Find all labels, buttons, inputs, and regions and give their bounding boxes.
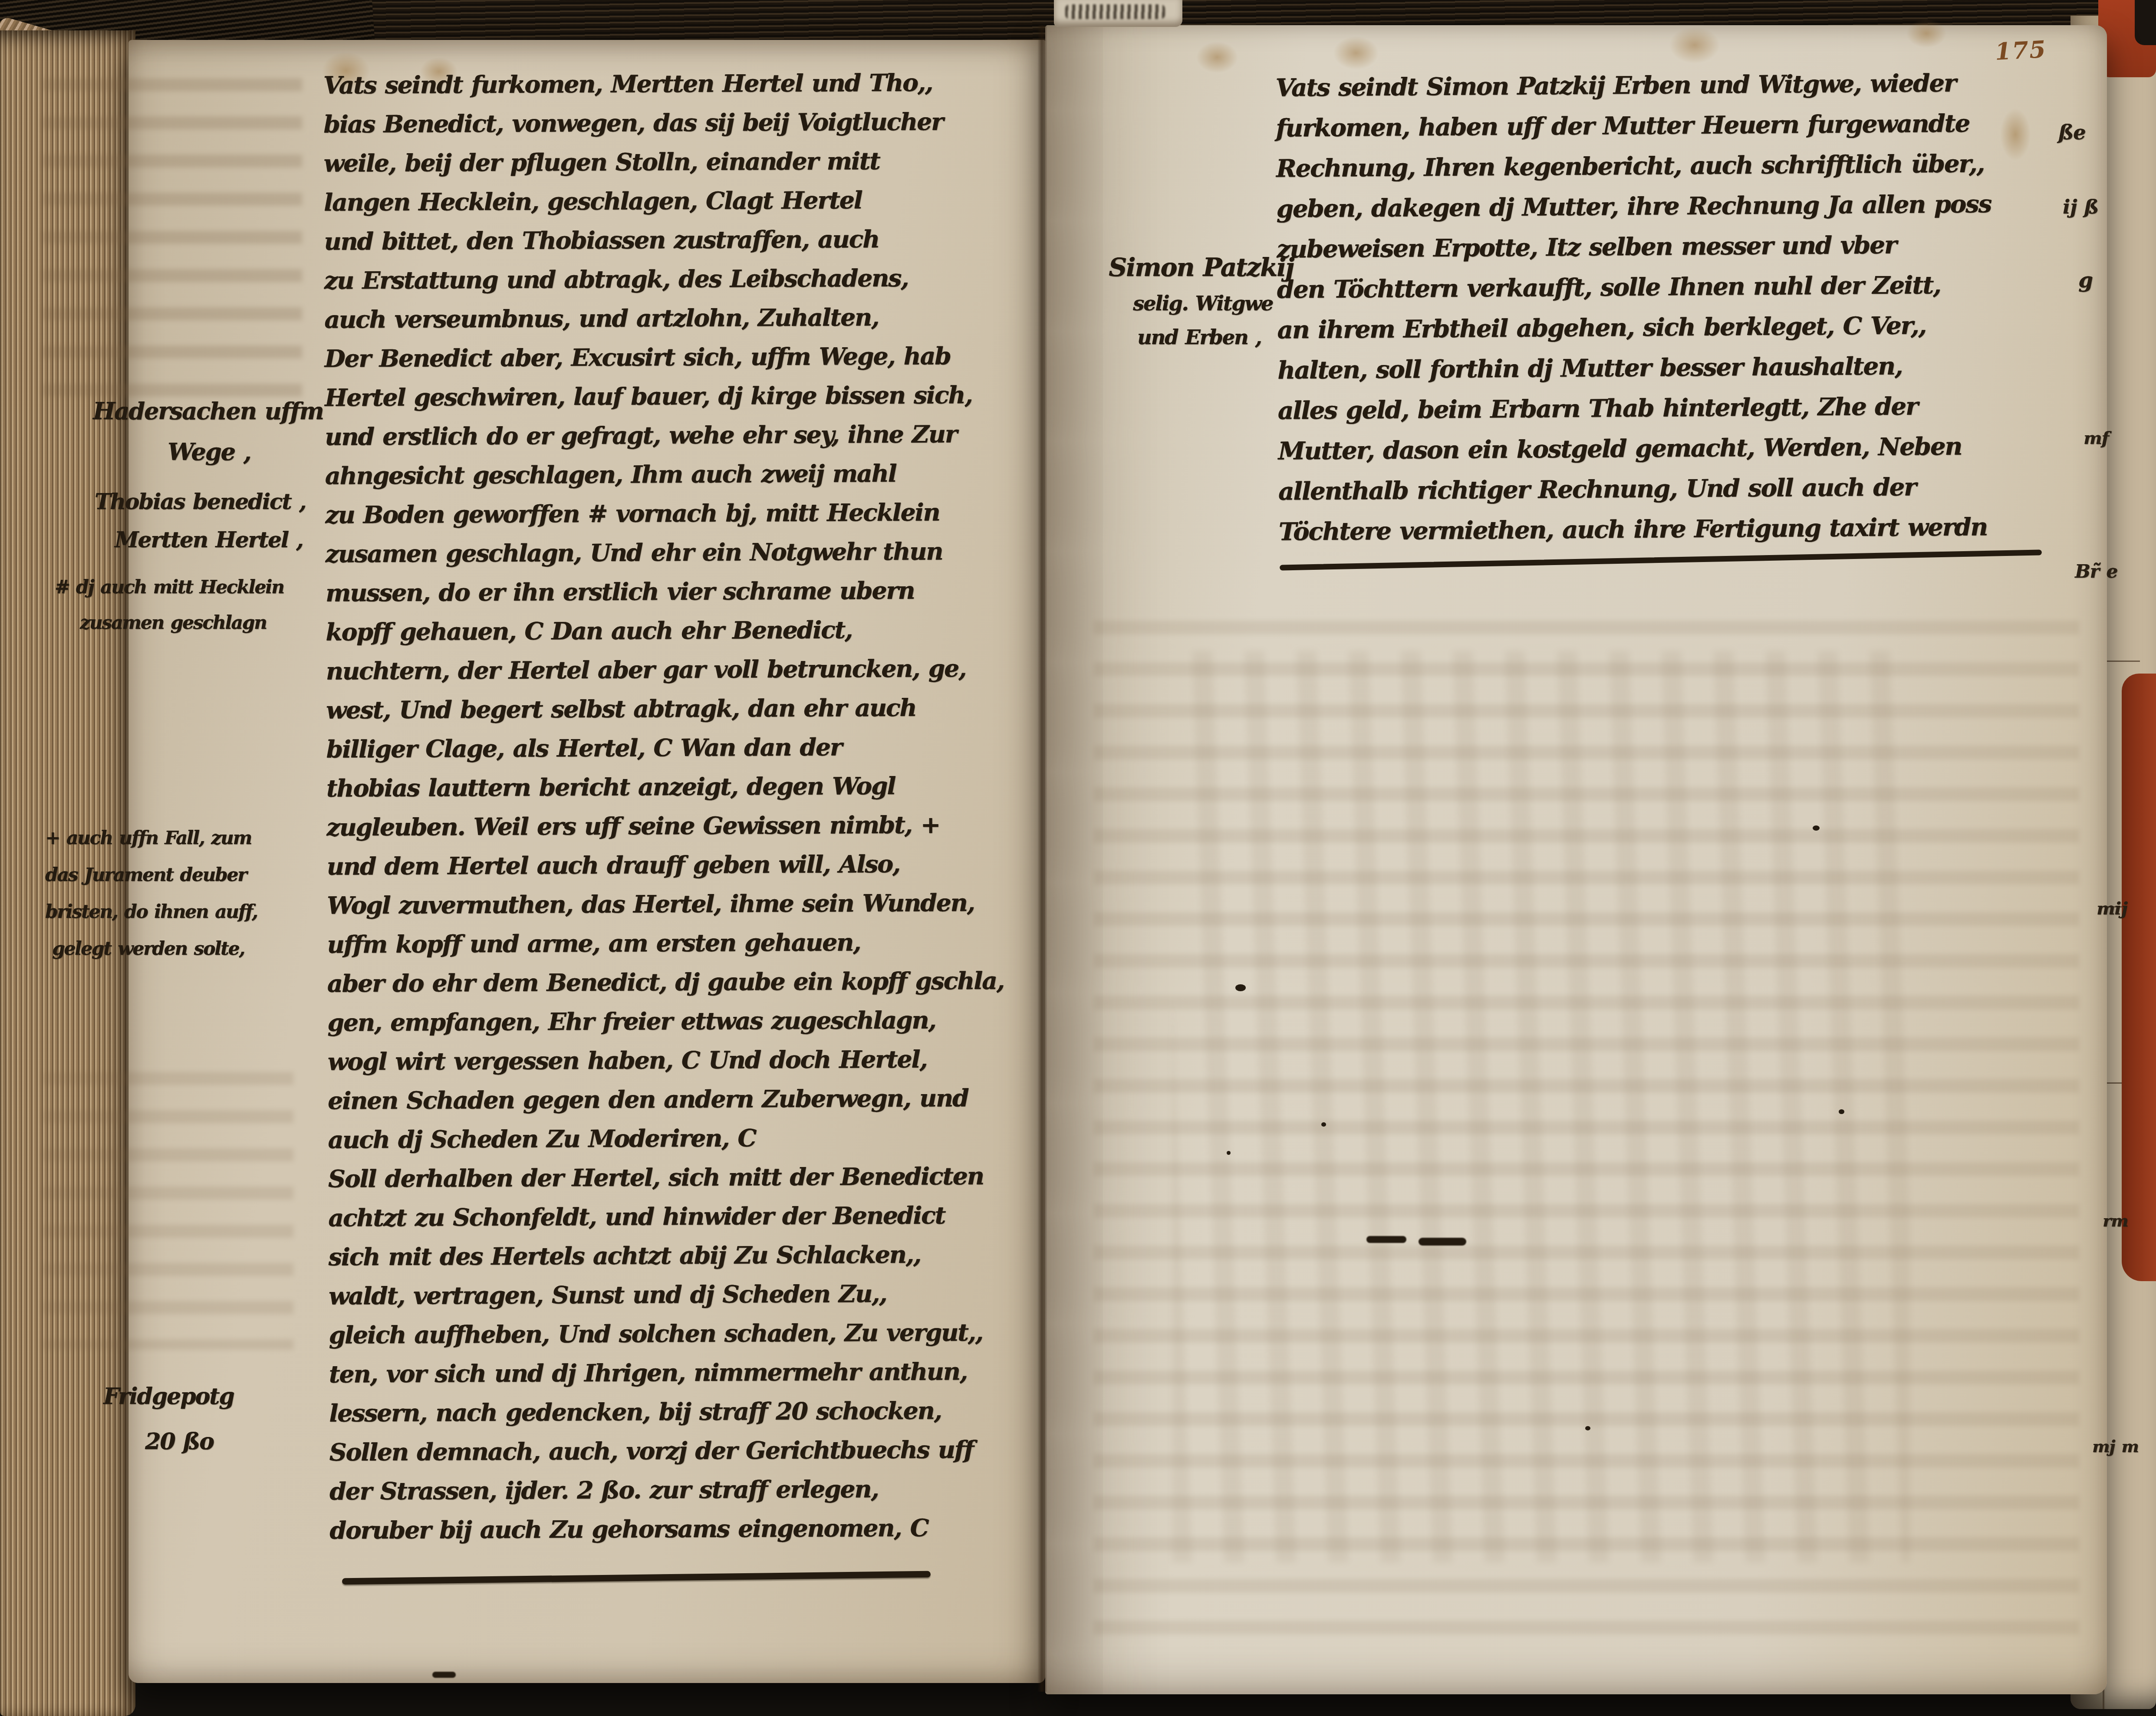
manuscript-line: sich mit des Hertels achtzt abij Zu Schl… [328,1234,1034,1276]
manuscript-line: auch verseumbnus, und artzlohn, Zuhalten… [324,297,1030,339]
edge-writing-fragment: Br̃ e [2075,561,2117,582]
manuscript-line: und bittet, den Thobiassen zustraffen, a… [324,219,1029,261]
manuscript-line: bias Benedict, vonwegen, das sij beij Vo… [323,102,1029,144]
manuscript-line: gleich auffheben, Und solchen schaden, Z… [329,1312,1034,1354]
manuscript-line: zugleuben. Weil ers uff seine Gewissen n… [326,805,1032,847]
manuscript-line: und erstlich do er gefragt, wehe ehr sey… [325,414,1030,456]
margin-note-line: das Jurament deuber [45,856,257,893]
manuscript-line: an ihrem Erbtheil abgehen, sich berklege… [1277,304,2098,350]
margin-note-line: Wege , [168,431,323,472]
manuscript-line: furkomen, haben uff der Mutter Heuern fu… [1276,102,2097,148]
manuscript-line: Wogl zuvermuthen, das Hertel, ihme sein … [327,883,1032,925]
edge-writing-fragment: g [2078,268,2093,293]
manuscript-line: Sollen demnach, auch, vorzj der Gerichtb… [329,1430,1034,1472]
manuscript-line: nuchtern, der Hertel aber gar voll betru… [326,648,1031,690]
edge-writing-fragment: mf [2084,428,2109,448]
page-number: 175 [1994,35,2047,66]
manuscript-line: Vats seindt furkomen, Mertten Hertel und… [323,62,1029,105]
paper-stain [1906,19,1946,48]
manuscript-line: weile, beij der pflugen Stolln, einander… [323,141,1029,183]
right-page-body-text: Vats seindt Simon Patzkij Erben und Witg… [1275,62,2099,552]
manuscript-line: ahngesicht geschlagen, Ihm auch zweij ma… [325,453,1030,495]
margin-note-line: gelegt werden solte, [52,930,257,967]
manuscript-line: west, Und begert selbst abtragk, dan ehr… [326,687,1031,730]
margin-note-line: + auch uffn Fall, zum [45,819,257,856]
edge-writing-fragment: ĳ ß [2063,196,2098,218]
manuscript-line: Töchtere vermiethen, auch ihre Fertigung… [1278,506,2099,552]
manuscript-line: alles geld, beim Erbarn Thab hinterlegtt… [1277,385,2098,431]
manuscript-line: mussen, do er ihn erstlich vier schrame … [326,570,1031,612]
margin-note-line: bristen, do ihnen auff, [45,893,257,930]
paper-stain [1669,27,1720,63]
manuscript-line: halten, soll forthin dj Mutter besser ha… [1277,345,2098,391]
edge-writing-fragment: mj m [2092,1437,2138,1456]
margin-note-line: selig. Witgwe [1133,286,1294,320]
manuscript-line: wogl wirt vergessen haben, C Und doch He… [327,1039,1033,1081]
bleedthrough-left-margin [42,78,302,408]
margin-note-line: Simon Patzkij [1109,248,1294,286]
red-leather-edge-mid-right [2122,674,2156,1281]
bleedthrough-right-page-2 [1172,651,1910,1562]
manuscript-line: aber do ehr dem Benedict, dj gaube ein k… [327,961,1033,1003]
margin-note-parties: Thobias benedict ,Mertten Hertel , [95,483,306,559]
margin-note-line: zusamen geschlagn [80,605,284,641]
paper-stain [1333,36,1379,69]
manuscript-line: uffm kopff und arme, am ersten gehauen, [327,922,1032,964]
left-page-body-text: Vats seindt furkomen, Mertten Hertel und… [323,62,1035,1550]
manuscript-line: ten, vor sich und dj Ihrigen, nimmermehr… [329,1351,1034,1394]
edge-writing-fragment: rm [2103,1211,2128,1230]
spine-paper-fragment [1054,0,1182,27]
gutter-shadow [1037,25,1047,1692]
margin-note-simon-patzky: Simon Patzkijselig. Witgweund Erben , [1109,248,1294,354]
manuscript-line: Der Benedict aber, Excusirt sich, uffm W… [324,336,1030,378]
manuscript-line: und dem Hertel auch drauff geben will, A… [326,844,1032,886]
edge-writing-fragment: ße [2058,121,2085,144]
ink-spot [1321,1122,1326,1127]
manuscript-line: einen Schaden gegen den andern Zuberwegn… [328,1078,1033,1120]
margin-note-line: und Erben , [1137,320,1294,354]
bleedthrough-left-lower [42,1072,293,1350]
ink-spot [1585,1426,1590,1430]
margin-note-oath: + auch uffn Fall, zumdas Jurament deuber… [45,819,257,967]
manuscript-line: kopff gehauen, C Dan auch ehr Benedict, [326,609,1031,651]
ink-smudge [432,1672,456,1678]
margin-note-line: Hadersachen uffm [93,391,323,431]
margin-note-penalty: Fridgepotg20 ßo [103,1374,234,1464]
manuscript-line: Soll derhalben der Hertel, sich mitt der… [328,1156,1034,1198]
margin-note-line: Thobias benedict , [95,483,306,521]
margin-note-line: Fridgepotg [103,1374,234,1419]
margin-note-line: # dj auch mitt Hecklein [55,569,284,605]
manuscript-line: zu Boden geworffen # vornach bj, mitt He… [325,492,1030,534]
manuscript-line: auch dj Scheden Zu Moderiren, C [328,1117,1033,1159]
ink-smudge [1419,1238,1466,1246]
edge-writing-fragment: mĳ [2097,898,2127,919]
ink-spot [1839,1109,1844,1114]
manuscript-line: Hertel geschwiren, lauf bauer, dj kirge … [325,375,1030,417]
manuscript-line: Rechnung, Ihren kegenbericht, auch schri… [1276,143,2097,189]
manuscript-line: lessern, nach gedencken, bij straff 20 s… [329,1391,1034,1433]
manuscript-line: zusamen geschlagn, Und ehr ein Notgwehr … [325,531,1030,573]
manuscript-line: gen, empfangen, Ehr freier ettwas zugesc… [327,1000,1033,1042]
spine-fragment-writing [1065,4,1165,19]
manuscript-line: achtzt zu Schonfeldt, und hinwider der B… [328,1195,1034,1237]
manuscript-line: thobias lauttern bericht anzeigt, degen … [326,766,1032,808]
margin-note-line: Mertten Hertel , [115,521,306,559]
manuscript-line: Vats seindt Simon Patzkij Erben und Witg… [1275,62,2096,108]
manuscript-line: zu Erstattung und abtragk, des Leibschad… [324,258,1030,300]
ink-spot [1235,984,1246,991]
manuscript-line: doruber bij auch Zu gehorsams eingenomen… [329,1508,1035,1550]
paper-stain [1196,42,1238,73]
manuscript-line: billiger Clage, als Hertel, C Wan dan de… [326,727,1031,769]
manuscript-line: allenthalb richtiger Rechnung, Und soll … [1278,466,2099,512]
manuscript-line: Mutter, dason ein kostgeld gemacht, Werd… [1278,425,2099,471]
ink-spot [1227,1151,1231,1155]
margin-note-case-title: Hadersachen uffmWege , [93,391,323,472]
ink-smudge [1366,1236,1406,1243]
manuscript-line: zubeweisen Erpotte, Itz selben messer un… [1277,224,2097,270]
ink-spot [1813,825,1820,831]
manuscript-line: waldt, vertragen, Sunst und dj Scheden Z… [329,1273,1034,1315]
margin-note-insertion: # dj auch mitt Heckleinzusamen geschlagn [55,569,284,641]
manuscript-line: geben, dakegen dj Mutter, ihre Rechnung … [1276,183,2097,229]
manuscript-line: langen Hecklein, geschlagen, Clagt Herte… [324,180,1029,222]
margin-note-line: 20 ßo [145,1419,234,1464]
dark-corner-top-right [2135,0,2156,45]
manuscript-line: der Strassen, ijder. 2 ßo. zur straff er… [329,1469,1035,1511]
manuscript-line: den Töchttern verkaufft, solle Ihnen nuh… [1277,264,2097,310]
